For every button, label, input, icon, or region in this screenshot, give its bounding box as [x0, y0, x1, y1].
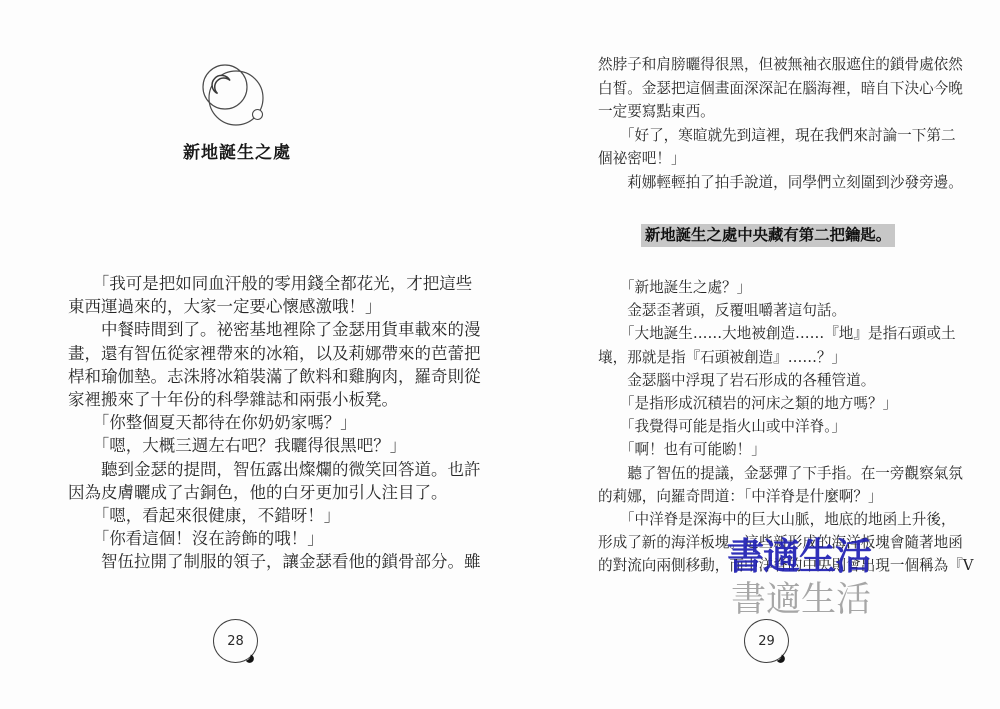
chapter-title: 新地誕生之處 — [152, 138, 322, 163]
text-line: 聽到金瑟的提問，智伍露出燦爛的微笑回答道。也許 — [68, 458, 492, 481]
text-line: 中餐時間到了。祕密基地裡除了金瑟用貨車載來的漫 — [68, 318, 492, 341]
text-line: 「你看這個！沒在誇飾的哦！」 — [68, 527, 492, 550]
text-line: 「是指形成沉積岩的河床之類的地方嗎？」 — [598, 392, 964, 415]
text-line: 「我可是把如同血汗般的零用錢全都花光，才把這些 — [68, 272, 492, 295]
text-line: 「嗯，大概三週左右吧？我曬得很黑吧？」 — [68, 434, 492, 457]
text-line: 「大地誕生……大地被創造……『地』是指石頭或土 — [598, 322, 964, 345]
text-line: 金瑟歪著頭，反覆咀嚼著這句話。 — [598, 299, 964, 322]
text-line: 一定要寫點東西。 — [598, 100, 964, 124]
right-page-text-top: 然脖子和肩膀曬得很黑，但被無袖衣服遮住的鎖骨處依然白皙。金瑟把這個畫面深深記在腦… — [598, 53, 964, 195]
page-number-value: 29 — [758, 634, 775, 649]
text-line: 「啊！也有可能喲！」 — [598, 438, 964, 461]
text-line: 的莉娜，向羅奇問道：「中洋脊是什麼啊？」 — [598, 485, 964, 508]
text-line: 東西運過來的，大家一定要心懷感激哦！」 — [68, 295, 492, 318]
crescent-moon-icon — [212, 75, 230, 93]
key-sentence: 新地誕生之處中央藏有第二把鑰匙。 — [596, 224, 940, 247]
text-line: 畫，還有智伍從家裡帶來的冰箱，以及莉娜帶來的芭蕾把 — [68, 342, 492, 365]
text-line: 「嗯，看起來很健康，不錯呀！」 — [68, 504, 492, 527]
text-line: 金瑟腦中浮現了岩石形成的各種管道。 — [598, 369, 964, 392]
text-line: 「你整個夏天都待在你奶奶家嗎？」 — [68, 411, 492, 434]
moon-icon — [245, 654, 254, 664]
text-line: 然脖子和肩膀曬得很黑，但被無袖衣服遮住的鎖骨處依然 — [598, 53, 964, 77]
book-spread: 新地誕生之處 「我可是把如同血汗般的零用錢全都花光，才把這些東西運過來的，大家一… — [0, 0, 1000, 709]
text-line: 莉娜輕輕拍了拍手說道，同學們立刻圍到沙發旁邊。 — [598, 171, 964, 195]
moon-orbit-logo-icon — [199, 58, 267, 128]
watermark-blue: 書適生活 — [727, 526, 871, 580]
text-line: 桿和瑜伽墊。志洙將冰箱裝滿了飲料和雞胸肉，羅奇則從 — [68, 365, 492, 388]
text-line: 個祕密吧！」 — [598, 147, 964, 171]
text-line: 白皙。金瑟把這個畫面深深記在腦海裡，暗自下決心今晚 — [598, 77, 964, 101]
page-number-right: 29 — [744, 619, 789, 663]
text-line: 「新地誕生之處？」 — [598, 276, 964, 299]
text-line: 因為皮膚曬成了古銅色，他的白牙更加引人注目了。 — [68, 481, 492, 504]
text-line: 智伍拉開了制服的領子，讓金瑟看他的鎖骨部分。雖 — [68, 550, 492, 573]
key-sentence-highlight: 新地誕生之處中央藏有第二把鑰匙。 — [641, 224, 895, 247]
text-line: 「好了，寒暄就先到這裡，現在我們來討論一下第二 — [598, 124, 964, 148]
text-line: 「我覺得可能是指火山或中洋脊。」 — [598, 415, 964, 438]
text-line: 家裡搬來了十年份的科學雜誌和兩張小板凳。 — [68, 388, 492, 411]
moon-icon — [776, 654, 785, 664]
left-page-text: 「我可是把如同血汗般的零用錢全都花光，才把這些東西運過來的，大家一定要心懷感激哦… — [68, 272, 492, 574]
text-line: 聽了智伍的提議，金瑟彈了下手指。在一旁觀察氣氛 — [598, 462, 964, 485]
text-line: 壤，那就是指『石頭被創造』……？」 — [598, 346, 964, 369]
page-number-left: 28 — [213, 619, 258, 663]
page-number-value: 28 — [227, 634, 244, 649]
